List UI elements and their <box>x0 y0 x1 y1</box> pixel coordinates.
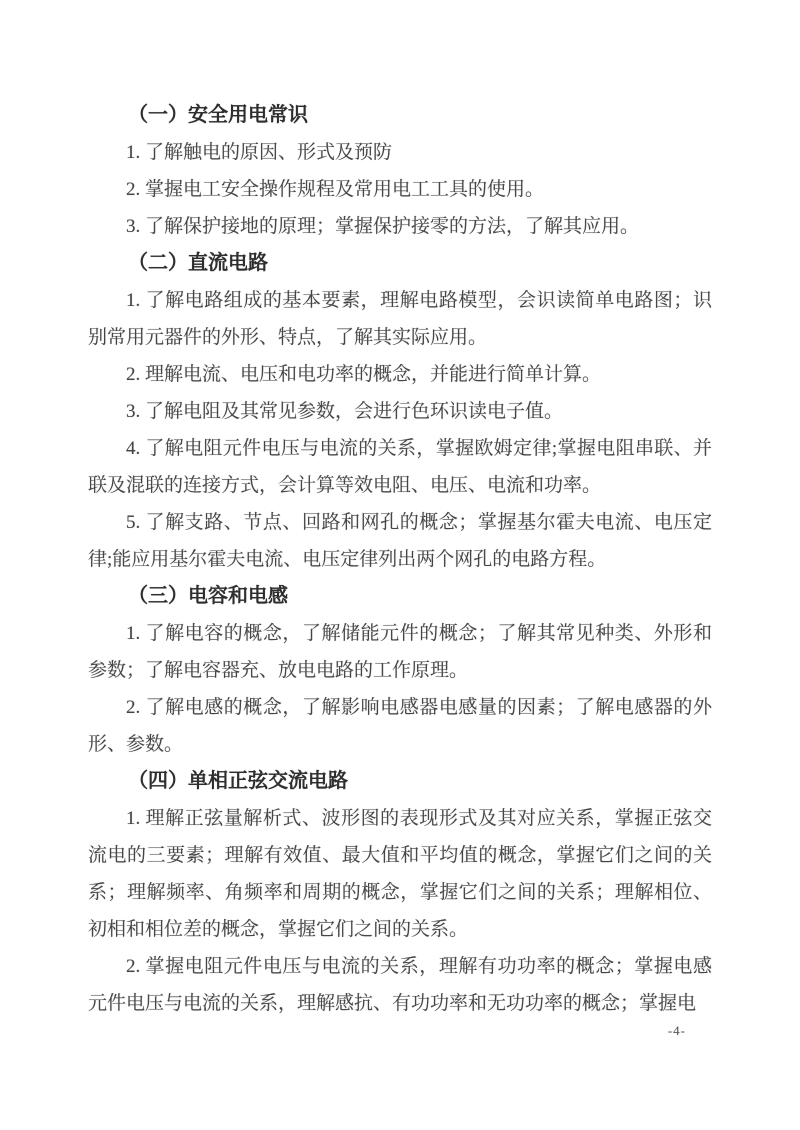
paragraph: 2. 掌握电工安全操作规程及常用电工工具的使用。 <box>88 171 712 208</box>
paragraph: 1. 了解电容的概念，了解储能元件的概念；了解其常见种类、外形和参数；了解电容器… <box>88 615 712 689</box>
paragraph: 2. 掌握电阻元件电压与电流的关系，理解有功功率的概念；掌握电感元件电压与电流的… <box>88 948 712 1022</box>
paragraph: 1. 了解电路组成的基本要素，理解电路模型，会识读简单电路图；识别常用元器件的外… <box>88 282 712 356</box>
paragraph: 5. 了解支路、节点、回路和网孔的概念；掌握基尔霍夫电流、电压定律;能应用基尔霍… <box>88 504 712 578</box>
paragraph: 3. 了解电阻及其常见参数，会进行色环识读电子值。 <box>88 393 712 430</box>
paragraph: 2. 了解电感的概念，了解影响电感器电感量的因素；了解电感器的外形、参数。 <box>88 689 712 763</box>
paragraph: 3. 了解保护接地的原理；掌握保护接零的方法，了解其应用。 <box>88 208 712 245</box>
page-number: -4- <box>668 1022 686 1040</box>
section-heading-4: （四）单相正弦交流电路 <box>88 763 712 800</box>
document-body: （一）安全用电常识 1. 了解触电的原因、形式及预防 2. 掌握电工安全操作规程… <box>88 97 712 1022</box>
paragraph: 2. 理解电流、电压和电功率的概念，并能进行简单计算。 <box>88 356 712 393</box>
paragraph: 1. 理解正弦量解析式、波形图的表现形式及其对应关系，掌握正弦交流电的三要素；理… <box>88 800 712 948</box>
document-page: （一）安全用电常识 1. 了解触电的原因、形式及预防 2. 掌握电工安全操作规程… <box>0 0 800 1130</box>
section-heading-3: （三）电容和电感 <box>88 578 712 615</box>
section-heading-1: （一）安全用电常识 <box>88 97 712 134</box>
paragraph: 4. 了解电阻元件电压与电流的关系，掌握欧姆定律;掌握电阻串联、并联及混联的连接… <box>88 430 712 504</box>
section-heading-2: （二）直流电路 <box>88 245 712 282</box>
paragraph: 1. 了解触电的原因、形式及预防 <box>88 134 712 171</box>
